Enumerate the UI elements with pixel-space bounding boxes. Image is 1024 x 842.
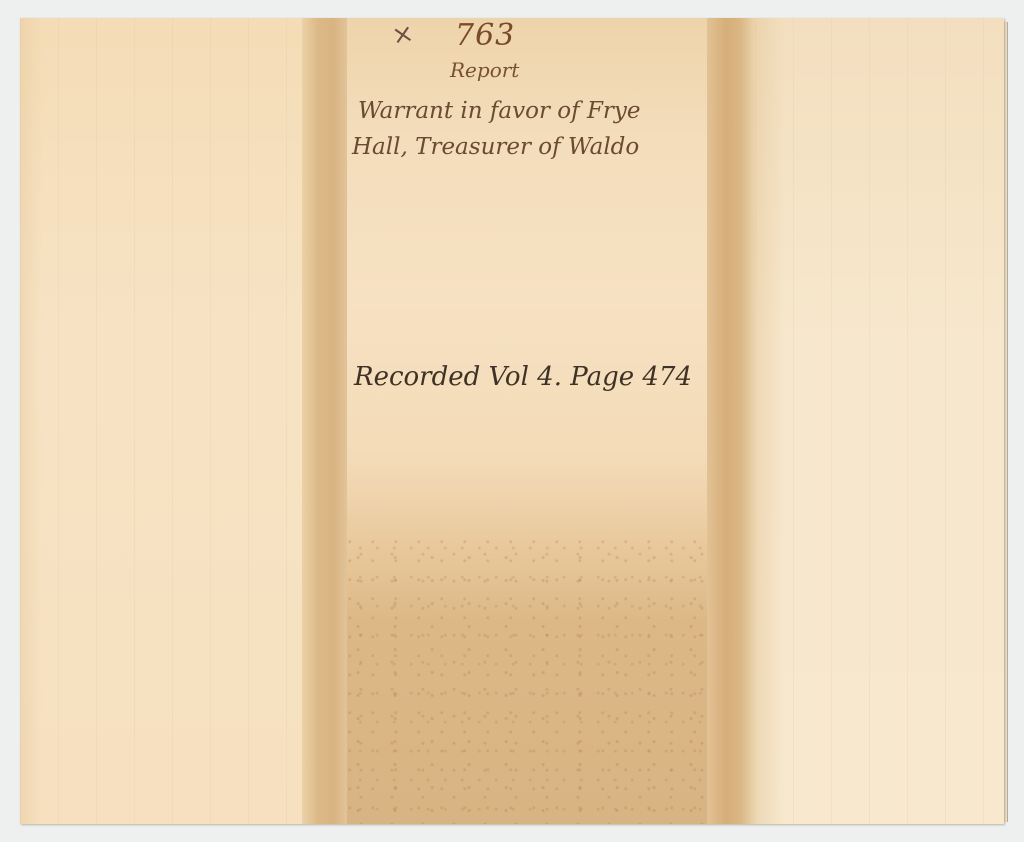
paper-texture [755,18,1004,824]
right-fold [707,18,755,824]
docket-title-line-1: Warrant in favor of Frye [358,98,641,124]
recorded-note: Recorded Vol 4. Page 474 [354,362,692,392]
docket-heading: Report [450,58,519,82]
foxing-stain [347,538,707,824]
docket-title-line-2: Hall, Treasurer of Waldo [352,134,639,160]
paper-texture [20,18,302,824]
docket-number: 763 [455,18,515,53]
left-fold [302,18,347,824]
